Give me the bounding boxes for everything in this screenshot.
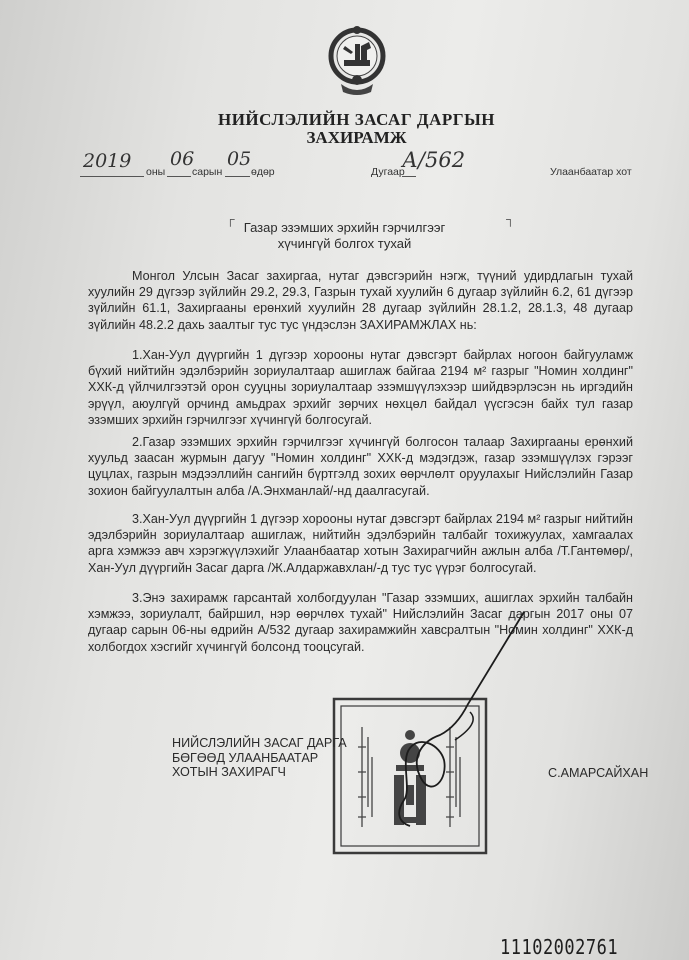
preamble: Монгол Улсын Засаг захиргаа, нутаг дэвсг… [88,268,633,333]
signatory-title: НИЙСЛЭЛИЙН ЗАСАГ ДАРГА БӨГӨӨД УЛААНБААТА… [172,736,347,780]
document-type: ЗАХИРАМЖ [12,128,689,148]
signatory-title-line: БӨГӨӨД УЛААНБААТАР [172,751,347,766]
official-seal-icon [332,697,488,855]
year-underline [80,175,144,177]
clause-text: 3.Хан-Уул дүүргийн 1 дүгээр хорооны нута… [88,511,633,576]
number-label: Дугаар [371,166,405,178]
clause-2: 2.Газар эзэмших эрхийн гэрчилгээг хүчинг… [88,434,633,499]
clause-1: 1.Хан-Уул дүүргийн 1 дүгээр хорооны нута… [88,347,633,428]
clause-3: 3.Хан-Уул дүүргийн 1 дүгээр хорооны нута… [88,511,633,576]
day-underline [225,175,250,177]
month-label: сарын [192,166,222,178]
year-label: оны [146,166,165,178]
day-value: 05 [227,148,251,170]
decree-document: НИЙСЛЭЛИЙН ЗАСАГ ДАРГЫН ЗАХИРАМЖ 2019 он… [0,0,689,960]
number-underline [402,175,416,177]
signatory-title-line: ХОТЫН ЗАХИРАГЧ [172,765,347,780]
month-underline [167,175,191,177]
decree-subject: Газар эзэмших эрхийн гэрчилгээг хүчингүй… [0,220,689,252]
year-value: 2019 [83,150,131,172]
date-number-row: 2019 оны 06 сарын 05 өдөр Дугаар А/562 У… [80,152,650,182]
day-label: өдөр [251,166,275,178]
clause-text: 3.Энэ захирамж гарсантай холбогдуулан "Г… [88,590,633,655]
city-label: Улаанбаатар хот [550,166,632,178]
clause-text: 2.Газар эзэмших эрхийн гэрчилгээг хүчинг… [88,434,633,499]
clause-text: 1.Хан-Уул дүүргийн 1 дүгээр хорооны нута… [88,347,633,428]
subject-line-2: хүчингүй болгох тухай [0,236,689,252]
decree-number: А/562 [402,148,465,172]
subject-line-1: Газар эзэмших эрхийн гэрчилгээг [0,220,689,236]
org-title: НИЙСЛЭЛИЙН ЗАСАГ ДАРГЫН [12,110,689,130]
preamble-text: Монгол Улсын Засаг захиргаа, нутаг дэвсг… [88,268,633,333]
signatory-name: С.АМАРСАЙХАН [548,766,648,780]
month-value: 06 [170,148,194,170]
clause-4: 3.Энэ захирамж гарсантай холбогдуулан "Г… [88,590,633,655]
state-emblem-icon [325,22,389,100]
serial-number: 11102002761 [500,936,618,960]
signatory-title-line: НИЙСЛЭЛИЙН ЗАСАГ ДАРГА [172,736,347,751]
